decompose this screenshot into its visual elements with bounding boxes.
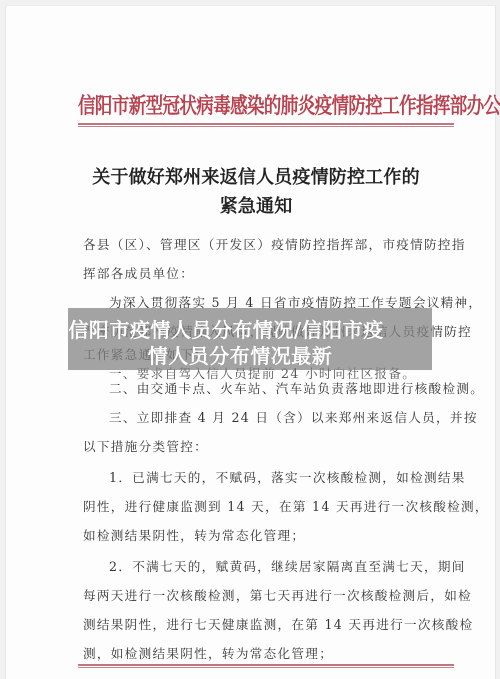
issuer-header: 信阳市新型冠状病毒感染的肺炎疫情防控工作指挥部办公室 <box>78 89 454 120</box>
sub-item-1-cont: 阴性，进行健康监测到 14 天，在第 14 天再进行一次核酸检测， <box>83 496 453 515</box>
red-divider-bottom <box>78 664 454 668</box>
item-two: 二、由交通卡点、火车站、汽车站负责落地即进行核酸检测。 <box>109 378 479 397</box>
sub-item-2: 2．不满七天的，赋黄码，继续居家隔离直至满七天，期间 <box>109 556 479 575</box>
caption-overlay-line1: 信阳市疫情人员分布情况/信阳市疫 <box>26 314 426 343</box>
sub-item-1-cont: 如检测结果阴性，转为常态化管理； <box>83 525 453 544</box>
sub-item-1: 1．已满七天的，不赋码，落实一次核酸检测，如检测结果 <box>109 467 479 486</box>
sub-item-2-cont: 测，如检测结果阴性，转为常态化管理； <box>83 643 453 662</box>
item-three: 三、立即排查 4 月 24 日（含）以来郑州来返信人员，并按 <box>109 407 479 426</box>
notice-title: 关于做好郑州来返信人员疫情防控工作的 <box>56 163 456 189</box>
item-three-cont: 以下措施分类管控： <box>83 436 453 455</box>
caption-overlay-line2: 情人员分布情况最新 <box>90 340 390 369</box>
sub-item-2-cont: 测结果阴性，进行七天健康监测，在第 14 天再进行一次核酸检 <box>83 614 453 633</box>
addressee-line: 挥部各成员单位： <box>83 263 453 282</box>
red-divider-top <box>78 123 454 127</box>
notice-title-cont: 紧急通知 <box>56 192 456 218</box>
sub-item-2-cont: 每两天进行一次核酸检测，第七天再进行一次核酸检测后，如检 <box>83 585 453 604</box>
addressee-line: 各县（区）、管理区（开发区）疫情防控指挥部，市疫情防控指 <box>83 234 453 253</box>
